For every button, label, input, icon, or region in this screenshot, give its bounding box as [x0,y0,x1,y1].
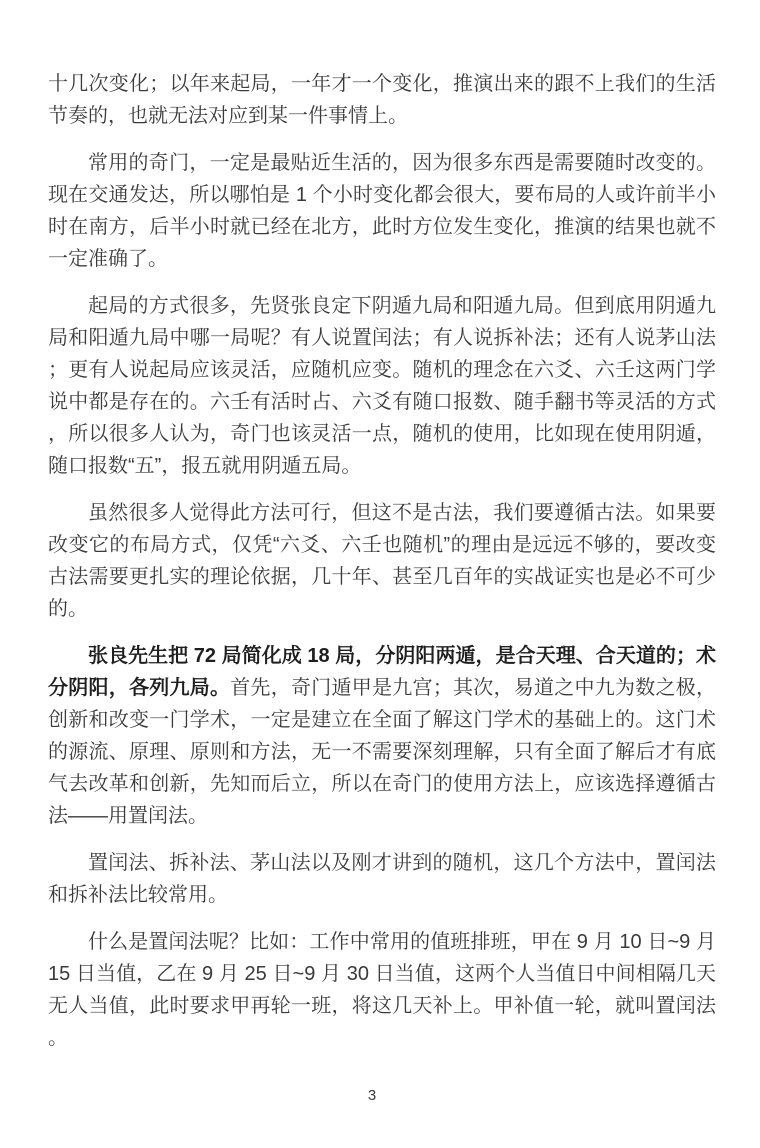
paragraph-1-continuation: 十几次变化；以年来起局，一年才一个变化，推演出来的跟不上我们的生活节奏的，也就无… [48,68,716,132]
paragraph-2: 常用的奇门，一定是最贴近生活的，因为很多东西是需要随时改变的。现在交通发达，所以… [48,147,716,275]
paragraph-5-regular-text: 首先，奇门遁甲是九宫；其次，易道之中九为数之极，创新和改变一门学术，一定是建立在… [48,677,716,827]
paragraph-5: 张良先生把 72 局简化成 18 局，分阴阳两遁，是合天理、合天道的；术分阴阳，… [48,640,716,832]
page-body-text: 十几次变化；以年来起局，一年才一个变化，推演出来的跟不上我们的生活节奏的，也就无… [48,68,716,1054]
paragraph-4: 虽然很多人觉得此方法可行，但这不是古法，我们要遵循古法。如果要改变它的布局方式，… [48,497,716,625]
page-number: 3 [0,1086,744,1106]
paragraph-6: 置闰法、拆补法、茅山法以及刚才讲到的随机，这几个方法中，置闰法和拆补法比较常用。 [48,847,716,911]
paragraph-7: 什么是置闰法呢？比如：工作中常用的值班排班，甲在 9 月 10 日~9 月 15… [48,926,716,1054]
document-page: 十几次变化；以年来起局，一年才一个变化，推演出来的跟不上我们的生活节奏的，也就无… [0,0,760,1148]
paragraph-3: 起局的方式很多，先贤张良定下阴遁九局和阳遁九局。但到底用阴遁九局和阳遁九局中哪一… [48,290,716,482]
